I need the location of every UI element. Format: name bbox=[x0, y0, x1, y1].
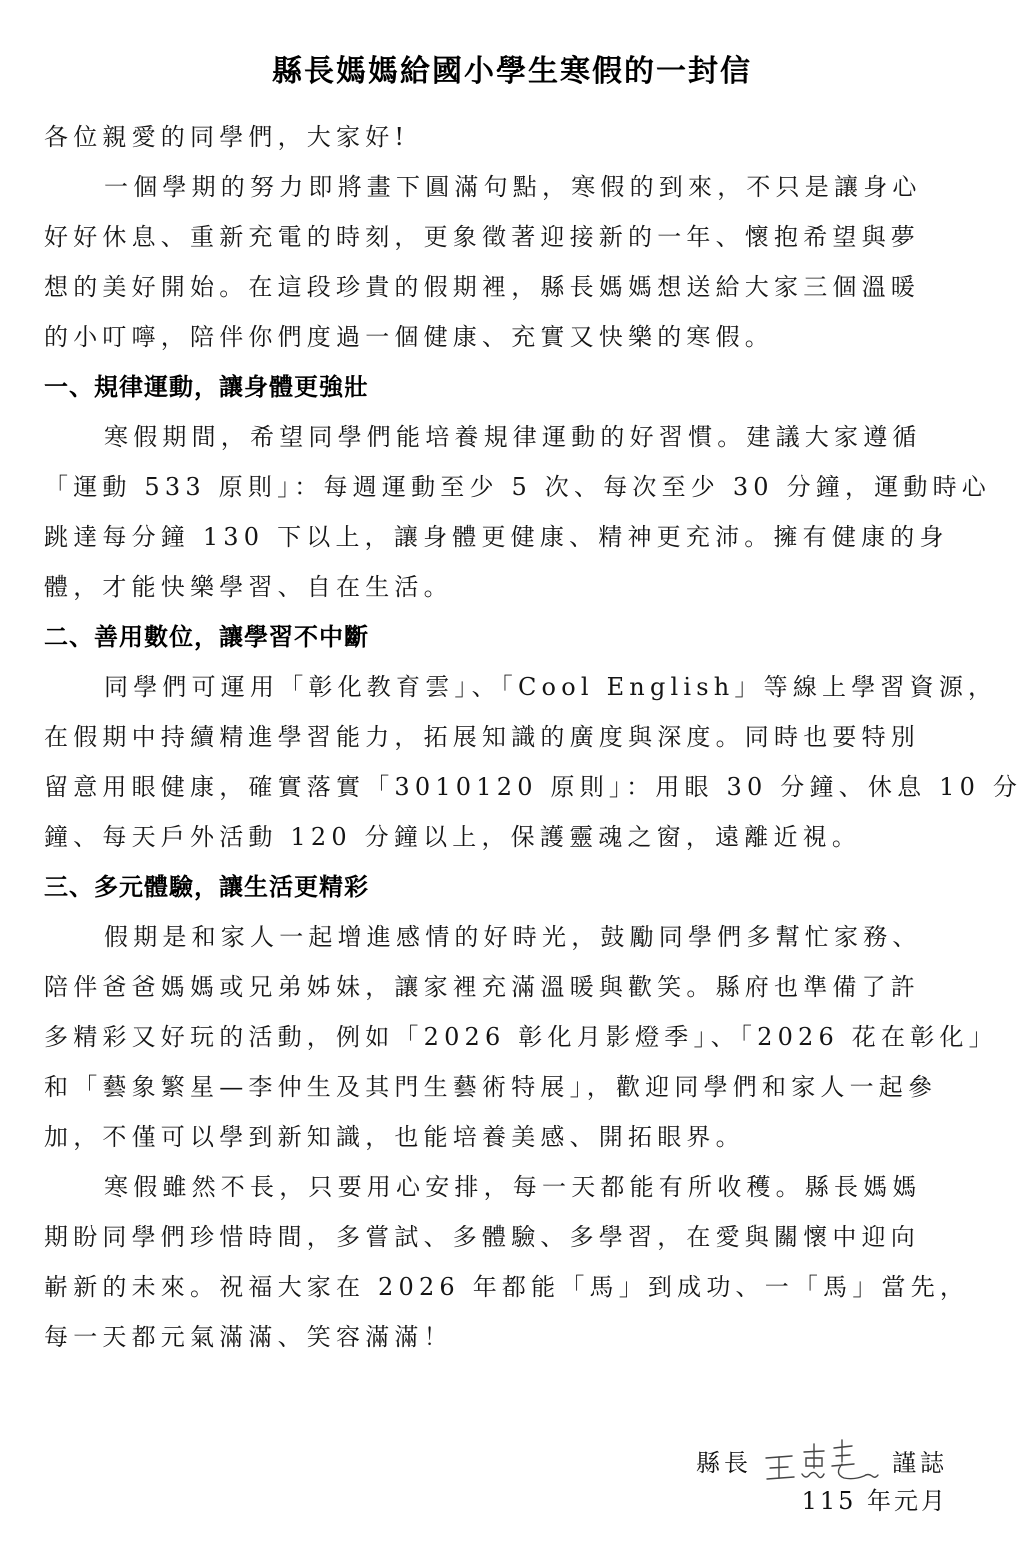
closing-line: 嶄新的未來。祝福大家在 2026 年都能「馬」到成功、一「馬」當先， bbox=[44, 1262, 954, 1312]
section-line: 留意用眼健康，確實落實「3010120 原則」：用眼 30 分鐘、休息 10 分 bbox=[44, 762, 954, 812]
section-line: 「運動 533 原則」：每週運動至少 5 次、每次至少 30 分鐘，運動時心 bbox=[44, 462, 954, 512]
section-line: 陪伴爸爸媽媽或兄弟姊妹，讓家裡充滿溫暖與歡笑。縣府也準備了許 bbox=[44, 962, 954, 1012]
closing-line: 寒假雖然不長，只要用心安排，每一天都能有所收穫。縣長媽媽 bbox=[44, 1162, 954, 1212]
section-line: 在假期中持續精進學習能力，拓展知識的廣度與深度。同時也要特別 bbox=[44, 712, 954, 762]
letter-date: 115 年元月 bbox=[802, 1476, 948, 1526]
section-line: 和「藝象繁星—李仲生及其門生藝術特展」，歡迎同學們和家人一起參 bbox=[44, 1062, 954, 1112]
section-heading-exercise: 一、規律運動，讓身體更強壯 bbox=[44, 362, 954, 412]
intro-line: 的小叮嚀，陪伴你們度過一個健康、充實又快樂的寒假。 bbox=[44, 312, 954, 362]
section-line: 多精彩又好玩的活動，例如「2026 彰化月影燈季」、「2026 花在彰化」 bbox=[44, 1012, 954, 1062]
closing-line: 期盼同學們珍惜時間，多嘗試、多體驗、多學習，在愛與關懷中迎向 bbox=[44, 1212, 954, 1262]
section-line: 同學們可運用「彰化教育雲」、「Cool English」等線上學習資源， bbox=[44, 662, 954, 712]
intro-line: 一個學期的努力即將畫下圓滿句點，寒假的到來，不只是讓身心 bbox=[44, 162, 954, 212]
section-line: 加，不僅可以學到新知識，也能培養美感、開拓眼界。 bbox=[44, 1112, 954, 1162]
section-line: 鐘、每天戶外活動 120 分鐘以上，保護靈魂之窗，遠離近視。 bbox=[44, 812, 954, 862]
section-heading-digital: 二、善用數位，讓學習不中斷 bbox=[44, 612, 954, 662]
section-line: 跳達每分鐘 130 下以上，讓身體更健康、精神更充沛。擁有健康的身 bbox=[44, 512, 954, 562]
section-line: 假期是和家人一起增進感情的好時光，鼓勵同學們多幫忙家務、 bbox=[44, 912, 954, 962]
closing-line: 每一天都元氣滿滿、笑容滿滿！ bbox=[44, 1312, 954, 1362]
section-line: 體，才能快樂學習、自在生活。 bbox=[44, 562, 954, 612]
section-heading-experience: 三、多元體驗，讓生活更精彩 bbox=[44, 862, 954, 912]
signature-title: 縣長 bbox=[696, 1438, 752, 1488]
letter-title: 縣長媽媽給國小學生寒假的一封信 bbox=[0, 46, 1024, 90]
intro-line: 好好休息、重新充電的時刻，更象徵著迎接新的一年、懷抱希望與夢 bbox=[44, 212, 954, 262]
intro-line: 想的美好開始。在這段珍貴的假期裡，縣長媽媽想送給大家三個溫暖 bbox=[44, 262, 954, 312]
greeting: 各位親愛的同學們，大家好! bbox=[44, 112, 954, 162]
section-line: 寒假期間，希望同學們能培養規律運動的好習慣。建議大家遵循 bbox=[44, 412, 954, 462]
